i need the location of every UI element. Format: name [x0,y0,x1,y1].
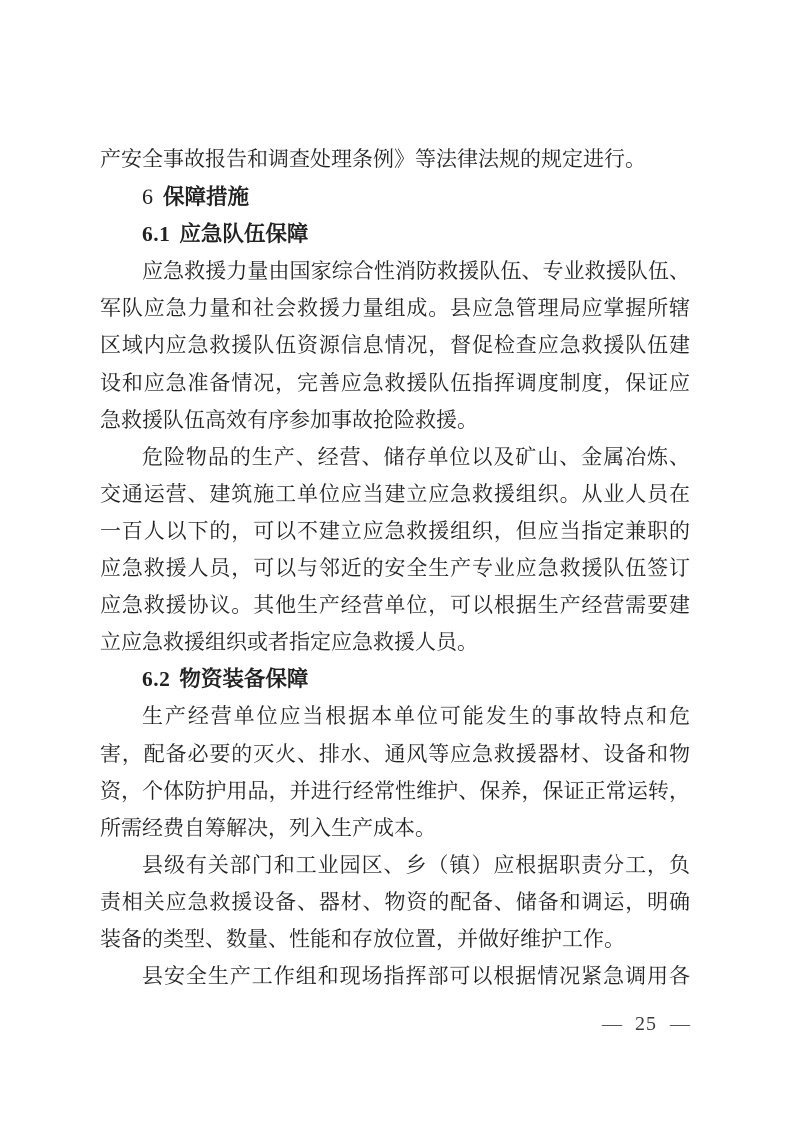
document-body: 产安全事故报告和调查处理条例》等法律法规的规定进行。 6保障措施 6.1应急队伍… [100,141,690,995]
section-title: 物资装备保障 [179,667,308,691]
page-number-value: 25 [635,1013,657,1035]
section-heading-6-2: 6.2物资装备保障 [100,661,690,698]
text-line: 装备的类型、数量、性能和存放位置，并做好维护工作。 [100,921,690,958]
document-page: 产安全事故报告和调查处理条例》等法律法规的规定进行。 6保障措施 6.1应急队伍… [0,0,790,1122]
text-line: 一百人以下的，可以不建立应急救援组织，但应当指定兼职的 [100,513,690,550]
paragraph: 县安全生产工作组和现场指挥部可以根据情况紧急调用各 [100,958,690,995]
section-title: 应急队伍保障 [179,222,308,246]
text-line: 立应急救援组织或者指定应急救援人员。 [100,624,690,661]
text-line: 生产经营单位应当根据本单位可能发生的事故特点和危 [100,698,690,735]
text-line: 县安全生产工作组和现场指挥部可以根据情况紧急调用各 [100,958,690,995]
text-line: 设和应急准备情况，完善应急救援队伍指挥调度制度，保证应 [100,365,690,402]
text-line: 害，配备必要的灭火、排水、通风等应急救援器材、设备和物 [100,736,690,773]
text-line: 应急救援协议。其他生产经营单位，可以根据生产经营需要建 [100,587,690,624]
text-line: 县级有关部门和工业园区、乡（镇）应根据职责分工，负 [100,847,690,884]
text-line: 交通运营、建筑施工单位应当建立应急救援组织。从业人员在 [100,476,690,513]
text-line: 急救援队伍高效有序参加事故抢险救援。 [100,402,690,439]
section-number: 6.1 [142,222,170,246]
section-title: 保障措施 [163,185,249,210]
page-number: —25— [602,1013,690,1036]
text-line: 区域内应急救援队伍资源信息情况，督促检查应急救援队伍建 [100,327,690,364]
text-line: 军队应急力量和社会救援力量组成。县应急管理局应掌握所辖 [100,290,690,327]
footer-dash-left: — [602,1013,622,1035]
section-number: 6.2 [142,667,170,691]
footer-dash-right: — [670,1013,690,1035]
section-heading-6: 6保障措施 [100,178,690,216]
text-line: 责相关应急救援设备、器材、物资的配备、储备和调运，明确 [100,884,690,921]
section-number: 6 [142,184,153,209]
text-line: 应急救援力量由国家综合性消防救援队伍、专业救援队伍、 [100,253,690,290]
paragraph: 生产经营单位应当根据本单位可能发生的事故特点和危 害，配备必要的灭火、排水、通风… [100,698,690,846]
paragraph: 县级有关部门和工业园区、乡（镇）应根据职责分工，负 责相关应急救援设备、器材、物… [100,847,690,958]
text-line: 应急救援人员，可以与邻近的安全生产专业应急救援队伍签订 [100,550,690,587]
text-line: 所需经费自筹解决，列入生产成本。 [100,810,690,847]
paragraph: 危险物品的生产、经营、储存单位以及矿山、金属冶炼、 交通运营、建筑施工单位应当建… [100,439,690,662]
section-heading-6-1: 6.1应急队伍保障 [100,216,690,253]
paragraph: 应急救援力量由国家综合性消防救援队伍、专业救援队伍、 军队应急力量和社会救援力量… [100,253,690,438]
text-line: 资，个体防护用品，并进行经常性维护、保养，保证正常运转， [100,773,690,810]
text-line: 产安全事故报告和调查处理条例》等法律法规的规定进行。 [100,141,690,178]
text-line: 危险物品的生产、经营、储存单位以及矿山、金属冶炼、 [100,439,690,476]
